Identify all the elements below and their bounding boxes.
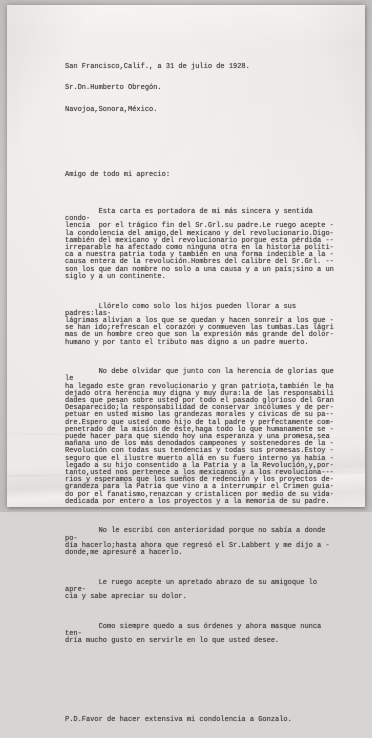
- recipient-address: Navojoa,Sonora,México.: [65, 107, 337, 114]
- paragraph-llorelo: Llórelo como solo los hijos pueden llora…: [65, 304, 337, 347]
- typewritten-letter: San Francisco,Calif., a 31 de julio de 1…: [65, 35, 337, 512]
- salutation: Amigo de todo mi aprecio:: [65, 172, 337, 179]
- recipient-name: Sr.Dn.Humberto Obregón.: [65, 85, 337, 92]
- letter-paper: San Francisco,Calif., a 31 de julio de 1…: [7, 5, 365, 507]
- letter-heading: San Francisco,Calif., a 31 de julio de 1…: [65, 49, 337, 128]
- dateline: San Francisco,Calif., a 31 de julio de 1…: [65, 64, 337, 71]
- paragraph-condolencia: Esta carta es portadora de mi más sincer…: [65, 209, 337, 281]
- paragraph-herencia: No debe olvidar que junto con la herenci…: [65, 369, 337, 506]
